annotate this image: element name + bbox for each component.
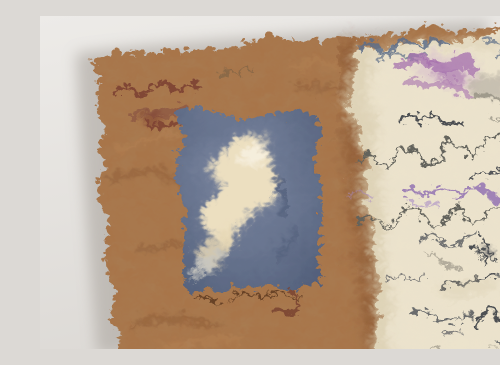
- face-highlight: [236, 141, 264, 161]
- ink-smudge-blob: [474, 238, 490, 250]
- photo-canvas: Distorted photograph of an open vintage …: [40, 16, 500, 349]
- stamp-blob: [133, 105, 159, 119]
- portrait-photo: [173, 106, 308, 277]
- purple-stamp-blob: [422, 58, 454, 78]
- distorted-documents-photo: [40, 16, 500, 349]
- tan-wash: [430, 271, 490, 291]
- document-page: [344, 16, 500, 349]
- photo-white-swirl: [183, 250, 201, 262]
